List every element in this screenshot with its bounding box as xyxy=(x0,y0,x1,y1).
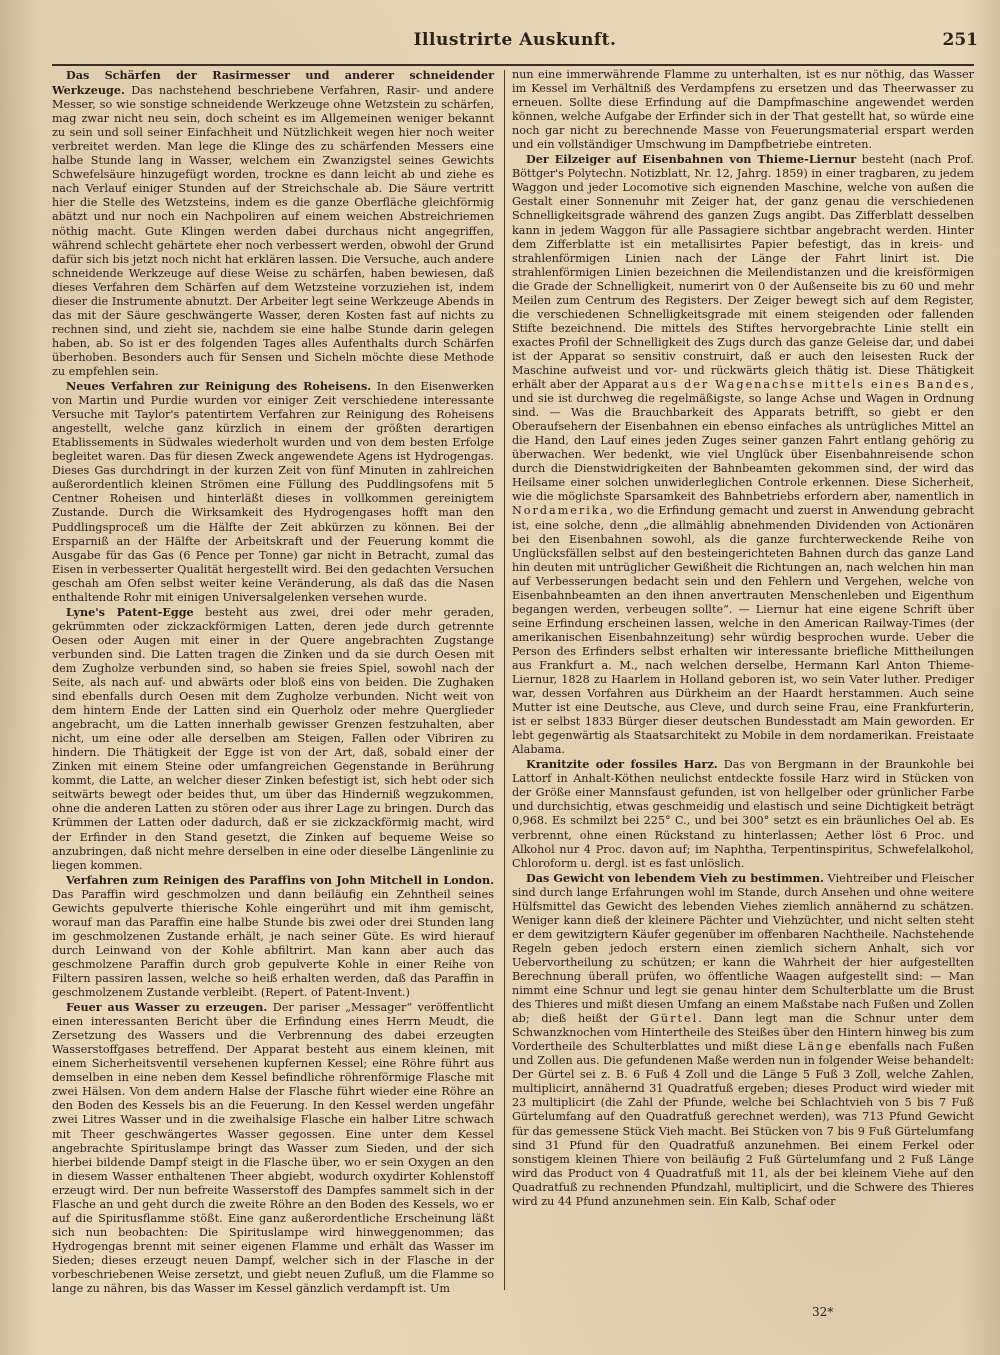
book-page: Illustrirte Auskunft. 251 Das Schärfen d… xyxy=(52,0,978,1355)
signature-mark: 32* xyxy=(812,1305,833,1319)
emphasized-text: aus der Wagenachse mittels eines Bandes xyxy=(652,378,970,391)
article-fossil-resin: Kranitzite oder fossiles Harz. Das von B… xyxy=(512,757,974,870)
article-fire-from-water: Feuer aus Wasser zu erzeugen. Der parise… xyxy=(52,1000,494,1296)
column-separator xyxy=(504,70,505,1290)
article-pig-iron-purification: Neues Verfahren zur Reinigung des Roheis… xyxy=(52,379,494,605)
emphasized-text: Nordamerika xyxy=(512,504,609,517)
article-railway-speed-indicator: Der Eilzeiger auf Eisenbahnen von Thieme… xyxy=(512,152,974,757)
article-paraffin-cleaning: Verfahren zum Reinigen des Paraffins von… xyxy=(52,873,494,1000)
article-body: Der pariser „Messager“ veröffentlicht ei… xyxy=(52,1001,494,1295)
header-rule xyxy=(52,64,974,66)
article-patent-harrow: Lyne's Patent-Egge besteht aus zwei, dre… xyxy=(52,605,494,873)
article-body: Das von Bergmann in der Braunkohle bei L… xyxy=(512,758,974,869)
running-title: Illustrirte Auskunft. xyxy=(52,30,978,50)
left-column: Das Schärfen der Rasirmesser und anderer… xyxy=(52,68,494,1296)
page-number: 251 xyxy=(943,30,979,50)
article-continuation: nun eine immerwährende Flamme zu unterha… xyxy=(512,68,974,152)
page-header: Illustrirte Auskunft. 251 xyxy=(52,28,978,58)
article-body: besteht aus zwei, drei oder mehr geraden… xyxy=(52,606,494,872)
article-body: In den Eisenwerken von Martin und Purdie… xyxy=(52,380,494,604)
article-heading: Kranitzite oder fossiles Harz. xyxy=(526,757,718,771)
article-body: , wo die Erfindung gemacht und zuerst in… xyxy=(512,504,974,756)
article-heading: Verfahren zum Reinigen des Paraffins von… xyxy=(66,873,494,887)
article-heading: Feuer aus Wasser zu erzeugen. xyxy=(66,1000,267,1014)
right-column: nun eine immerwährende Flamme zu unterha… xyxy=(512,68,974,1209)
article-heading: Der Eilzeiger auf Eisenbahnen von Thieme… xyxy=(526,152,856,166)
article-livestock-weight: Das Gewicht von lebendem Vieh zu bestimm… xyxy=(512,871,974,1209)
article-body: , und sie ist durchweg die regelmäßigste… xyxy=(512,378,974,503)
emphasized-text: Gürtel xyxy=(650,1012,698,1025)
article-body: Das nachstehend beschriebene Verfahren, … xyxy=(52,84,494,378)
article-heading: Lyne's Patent-Egge xyxy=(66,605,194,619)
article-body: besteht (nach Prof. Böttger's Polytechn.… xyxy=(512,153,974,391)
article-body: Viehtreiber und Fleischer sind durch lan… xyxy=(512,872,974,1025)
article-body: ebenfalls nach Fußen und Zollen aus. Die… xyxy=(512,1040,974,1208)
article-razor-sharpening: Das Schärfen der Rasirmesser und anderer… xyxy=(52,68,494,379)
emphasized-text: Länge xyxy=(798,1040,843,1053)
article-heading: Neues Verfahren zur Reinigung des Roheis… xyxy=(66,379,371,393)
article-heading: Das Gewicht von lebendem Vieh zu bestimm… xyxy=(526,871,824,885)
article-body: Das Paraffin wird geschmolzen und dann b… xyxy=(52,888,494,999)
